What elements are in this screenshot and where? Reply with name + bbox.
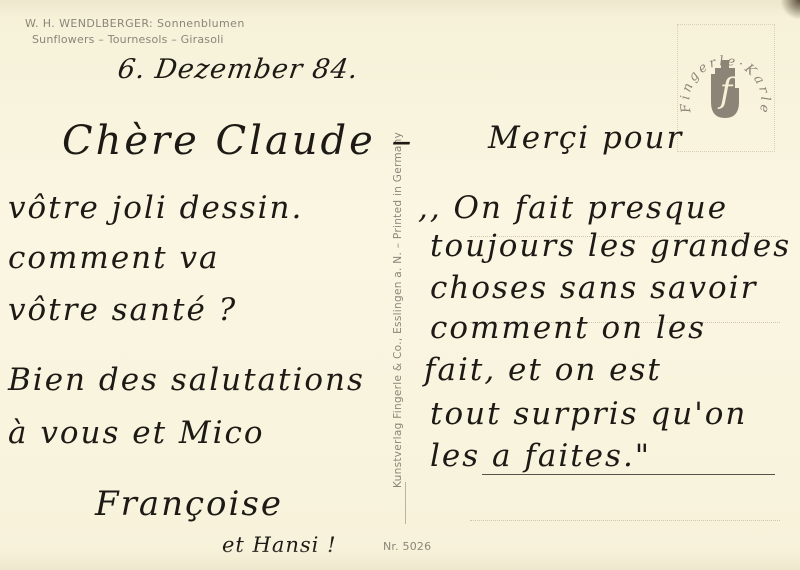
handwritten-line-right: comment on les bbox=[430, 310, 706, 346]
handwritten-greeting: Chère Claude – bbox=[62, 118, 415, 164]
handwritten-line-left: à vous et Mico bbox=[8, 415, 265, 451]
handwritten-line-right: tout surpris qu'on bbox=[430, 396, 747, 432]
handwritten-line-left: vôtre joli dessin. bbox=[8, 190, 303, 226]
handwritten-line-right: choses sans savoir bbox=[430, 270, 757, 306]
handwritten-underline bbox=[482, 474, 775, 475]
publisher-header-line2: Sunflowers – Tournesols – Girasoli bbox=[25, 32, 245, 48]
handwritten-line-right: fait, et on est bbox=[424, 352, 662, 388]
handwritten-line-left: Bien des salutations bbox=[8, 362, 365, 398]
handwritten-line-left: comment va bbox=[8, 240, 219, 276]
handwritten-cosigner: et Hansi ! bbox=[222, 533, 337, 557]
postcard-back: W. H. WENDLBERGER: Sonnenblumen Sunflowe… bbox=[0, 0, 800, 570]
handwritten-line-right: toujours les grandes bbox=[430, 228, 791, 264]
handwritten-date: 6. Dezember 84. bbox=[116, 54, 361, 85]
handwritten-line-left: vôtre santé ? bbox=[8, 292, 237, 328]
publisher-imprint-vertical: Kunstverlag Fingerle & Co., Esslingen a.… bbox=[392, 132, 404, 488]
publisher-header: W. H. WENDLBERGER: Sonnenblumen Sunflowe… bbox=[25, 16, 245, 48]
handwritten-line-right: Merçi pour bbox=[488, 120, 683, 156]
center-divider-line bbox=[405, 482, 406, 524]
catalog-number: Nr. 5026 bbox=[383, 540, 431, 553]
publisher-header-line1: W. H. WENDLBERGER: Sonnenblumen bbox=[25, 16, 245, 32]
corner-shadow bbox=[780, 0, 800, 20]
handwritten-line-right: ,, On fait presque bbox=[418, 190, 728, 226]
hand-monogram-logo-icon: f bbox=[711, 58, 741, 120]
handwritten-line-right: les a faites." bbox=[430, 438, 651, 474]
address-line bbox=[470, 520, 780, 521]
handwritten-signature: Françoise bbox=[95, 484, 283, 524]
